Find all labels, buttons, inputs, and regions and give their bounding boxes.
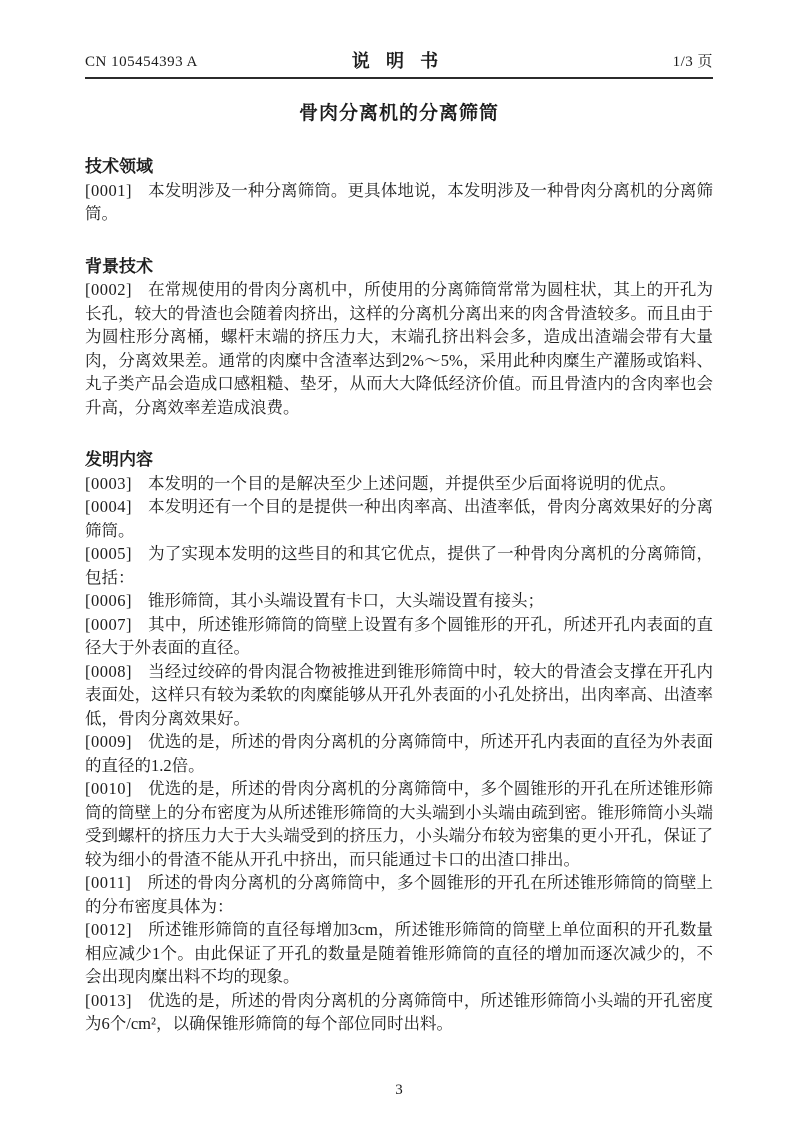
paragraph-number: [0005]	[85, 542, 132, 566]
section-heading-background-art: 背景技术	[85, 255, 713, 279]
section-summary-of-invention: 发明内容 [0003]本发明的一个目的是解决至少上述问题，并提供至少后面将说明的…	[85, 448, 713, 1036]
page-number: 3	[395, 1082, 403, 1098]
page-content: CN 105454393 A 说明书 1/3 页 骨肉分离机的分离筛筒 技术领域…	[85, 0, 713, 1100]
paragraph-number: [0012]	[85, 918, 132, 942]
paragraph-0012: [0012]所述锥形筛筒的直径每增加3cm，所述锥形筛筒的筒壁上单位面积的开孔数…	[85, 918, 713, 989]
paragraph-0011: [0011]所述的骨肉分离机的分离筛筒中，多个圆锥形的开孔在所述锥形筛筒的筒壁上…	[85, 871, 713, 918]
paragraph-text: 当经过绞碎的骨肉混合物被推进到锥形筛筒中时，较大的骨渣会支撑在开孔内表面处，这样…	[85, 662, 713, 728]
paragraph-text: 优选的是，所述的骨肉分离机的分离筛筒中，多个圆锥形的开孔在所述锥形筛筒的筒壁上的…	[85, 779, 713, 869]
paragraph-0009: [0009]优选的是，所述的骨肉分离机的分离筛筒中，所述开孔内表面的直径为外表面…	[85, 730, 713, 777]
paragraph-0013: [0013]优选的是，所述的骨肉分离机的分离筛筒中，所述锥形筛筒小头端的开孔密度…	[85, 989, 713, 1036]
publication-number: CN 105454393 A	[85, 52, 344, 72]
paragraph-number: [0006]	[85, 589, 132, 613]
page-footer: 3	[85, 1080, 713, 1100]
section-heading-summary-of-invention: 发明内容	[85, 448, 713, 472]
paragraph-text: 优选的是，所述的骨肉分离机的分离筛筒中，所述锥形筛筒小头端的开孔密度为6个/cm…	[85, 991, 713, 1034]
paragraph-0008: [0008]当经过绞碎的骨肉混合物被推进到锥形筛筒中时，较大的骨渣会支撑在开孔内…	[85, 660, 713, 731]
patent-specification-page: CN 105454393 A 说明书 1/3 页 骨肉分离机的分离筛筒 技术领域…	[0, 0, 793, 1122]
paragraph-0002: [0002]在常规使用的骨肉分离机中，所使用的分离筛筒常常为圆柱状，其上的开孔为…	[85, 278, 713, 419]
invention-title: 骨肉分离机的分离筛筒	[85, 101, 713, 126]
paragraph-0003: [0003]本发明的一个目的是解决至少上述问题，并提供至少后面将说明的优点。	[85, 472, 713, 496]
paragraph-text: 所述锥形筛筒的直径每增加3cm，所述锥形筛筒的筒壁上单位面积的开孔数量相应减少1…	[85, 920, 713, 986]
paragraph-number: [0004]	[85, 495, 132, 519]
page-indicator: 1/3 页	[454, 52, 713, 72]
paragraph-0010: [0010]优选的是，所述的骨肉分离机的分离筛筒中，多个圆锥形的开孔在所述锥形筛…	[85, 777, 713, 871]
section-technical-field: 技术领域 [0001]本发明涉及一种分离筛筒。更具体地说，本发明涉及一种骨肉分离…	[85, 155, 713, 226]
paragraph-number: [0010]	[85, 777, 132, 801]
section-background-art: 背景技术 [0002]在常规使用的骨肉分离机中，所使用的分离筛筒常常为圆柱状，其…	[85, 255, 713, 420]
paragraph-number: [0013]	[85, 989, 132, 1013]
section-heading-technical-field: 技术领域	[85, 155, 713, 179]
paragraph-number: [0002]	[85, 278, 132, 302]
page-header: CN 105454393 A 说明书 1/3 页	[85, 0, 713, 79]
paragraph-0005: [0005]为了实现本发明的这些目的和其它优点，提供了一种骨肉分离机的分离筛筒，…	[85, 542, 713, 589]
paragraph-number: [0008]	[85, 660, 132, 684]
paragraph-number: [0007]	[85, 613, 132, 637]
paragraph-text: 其中，所述锥形筛筒的筒壁上设置有多个圆锥形的开孔，所述开孔内表面的直径大于外表面…	[85, 615, 713, 658]
paragraph-0007: [0007]其中，所述锥形筛筒的筒壁上设置有多个圆锥形的开孔，所述开孔内表面的直…	[85, 613, 713, 660]
paragraph-number: [0011]	[85, 871, 131, 895]
paragraph-text: 优选的是，所述的骨肉分离机的分离筛筒中，所述开孔内表面的直径为外表面的直径的1.…	[85, 732, 713, 775]
paragraph-0006: [0006]锥形筛筒，其小头端设置有卡口，大头端设置有接头；	[85, 589, 713, 613]
paragraph-number: [0001]	[85, 179, 132, 203]
paragraph-0001: [0001]本发明涉及一种分离筛筒。更具体地说，本发明涉及一种骨肉分离机的分离筛…	[85, 179, 713, 226]
paragraph-text: 锥形筛筒，其小头端设置有卡口，大头端设置有接头；	[148, 591, 544, 610]
paragraph-text: 本发明还有一个目的是提供一种出肉率高、出渣率低，骨肉分离效果好的分离筛筒。	[85, 497, 713, 540]
paragraph-number: [0003]	[85, 472, 132, 496]
paragraph-number: [0009]	[85, 730, 132, 754]
paragraph-text: 所述的骨肉分离机的分离筛筒中，多个圆锥形的开孔在所述锥形筛筒的筒壁上的分布密度具…	[85, 873, 713, 916]
paragraph-text: 本发明的一个目的是解决至少上述问题，并提供至少后面将说明的优点。	[148, 474, 676, 493]
paragraph-text: 本发明涉及一种分离筛筒。更具体地说，本发明涉及一种骨肉分离机的分离筛筒。	[85, 181, 713, 224]
paragraph-text: 在常规使用的骨肉分离机中，所使用的分离筛筒常常为圆柱状，其上的开孔为长孔，较大的…	[85, 280, 713, 417]
paragraph-text: 为了实现本发明的这些目的和其它优点，提供了一种骨肉分离机的分离筛筒，包括：	[85, 544, 713, 587]
document-type-title: 说明书	[344, 50, 455, 72]
paragraph-0004: [0004]本发明还有一个目的是提供一种出肉率高、出渣率低，骨肉分离效果好的分离…	[85, 495, 713, 542]
